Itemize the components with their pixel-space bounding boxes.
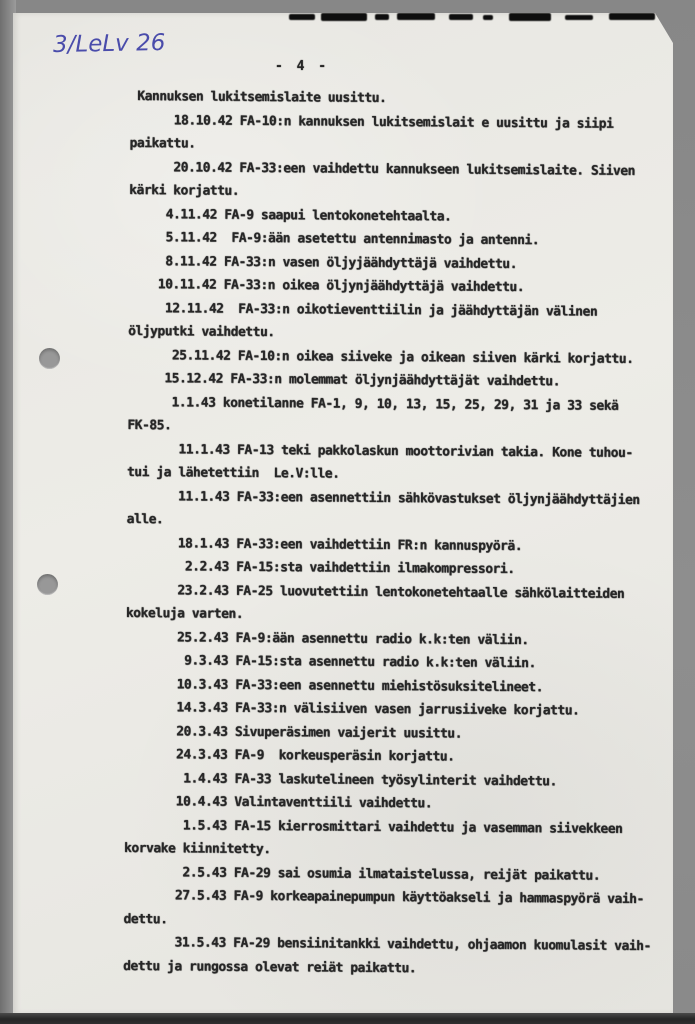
- cropped-header-mark: [509, 13, 551, 21]
- cropped-header-mark: [375, 14, 389, 20]
- cropped-header-mark: [609, 13, 655, 20]
- cropped-header-mark: [289, 14, 315, 20]
- scanned-document-page: 3/LeLv 26 - 4 - Kannuksen lukitsemislait…: [0, 0, 695, 1024]
- page-number: - 4 -: [275, 59, 329, 74]
- cropped-header-mark: [321, 13, 367, 21]
- log-line: dettu ja rungossa olevat reiät paikattu.: [123, 958, 651, 986]
- archive-annotation: 3/LeLv 26: [53, 30, 166, 58]
- paper-sheet: 3/LeLv 26 - 4 - Kannuksen lukitsemislait…: [13, 13, 673, 1014]
- hole-punch-top: [39, 348, 60, 369]
- cropped-header-mark: [483, 15, 493, 20]
- cropped-header-mark: [449, 14, 473, 20]
- scan-bottom-edge: [0, 1013, 695, 1024]
- cropped-header-mark: [397, 13, 435, 20]
- cropped-header-mark: [661, 14, 675, 20]
- hole-punch-bottom: [37, 574, 58, 595]
- cropped-header-mark: [565, 15, 593, 20]
- typed-log-lines: Kannuksen lukitsemislaite uusittu. 18.10…: [123, 89, 658, 986]
